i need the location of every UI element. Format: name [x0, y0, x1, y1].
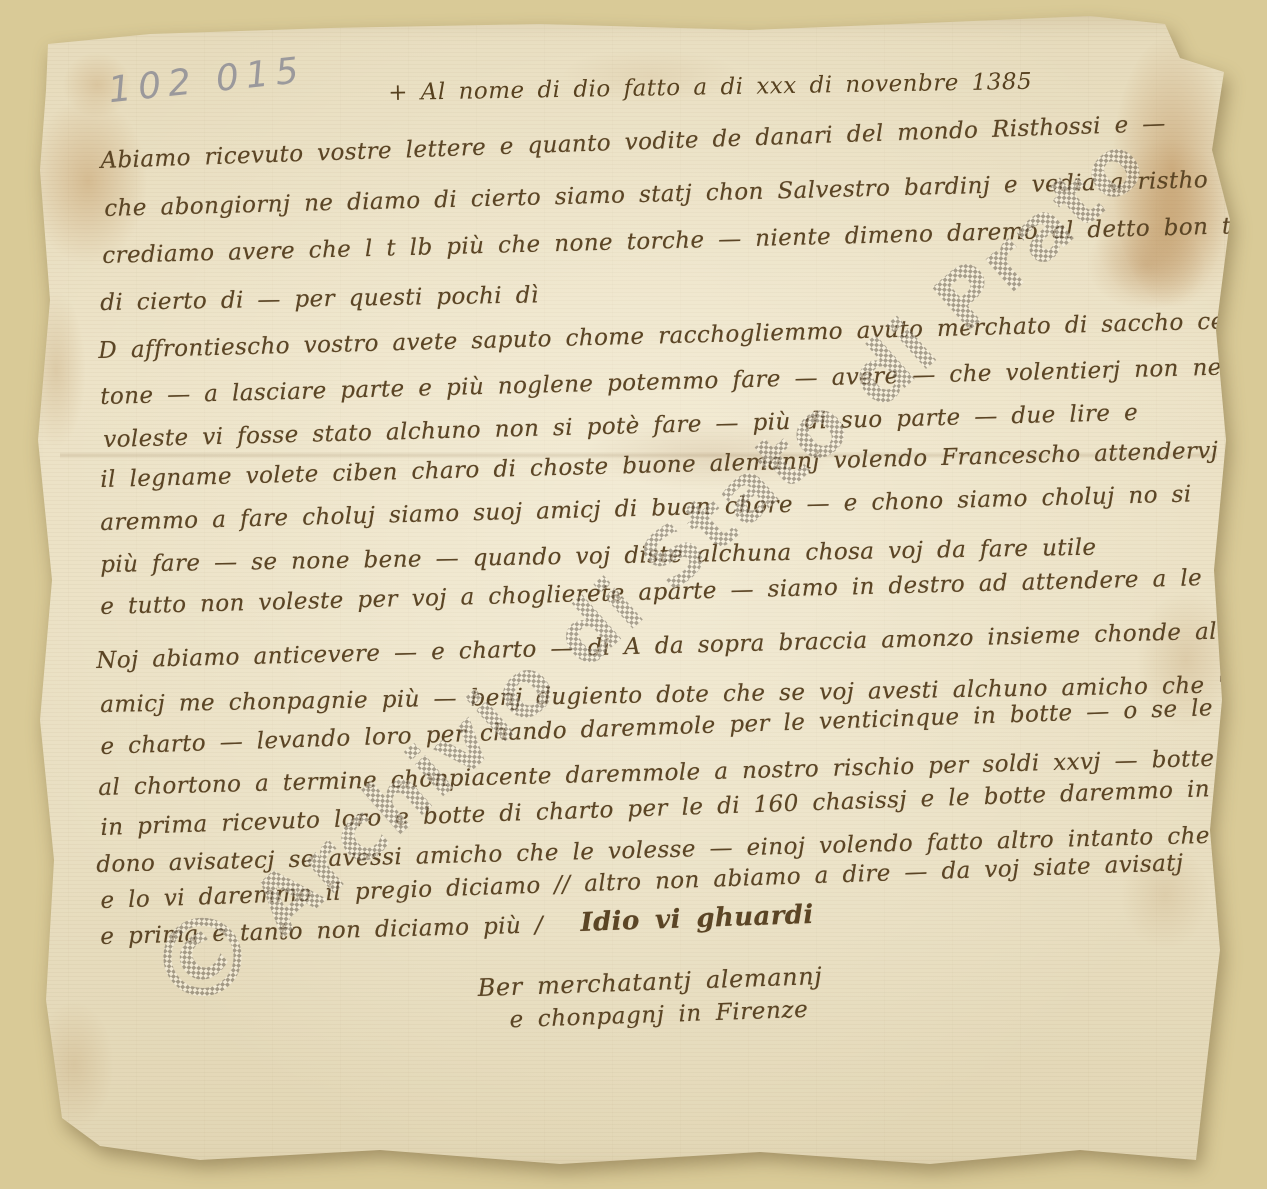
- manuscript-paper: 102 015 + Al nome di dio fatto a di xxx …: [0, 0, 1267, 1189]
- stain: [26, 290, 86, 450]
- screenshot-root: { "page": { "background_color": "#d9ca97…: [0, 0, 1267, 1189]
- pencil-archive-number: 102 015: [106, 50, 307, 111]
- manuscript-line: di cierto di — per questi pochi dì: [100, 282, 539, 316]
- manuscript-line: Noj abiamo anticevere — e charto — di A …: [96, 616, 1267, 674]
- manuscript-line: Abiamo ricevuto vostre lettere e quanto …: [100, 111, 1166, 174]
- manuscript-line: e prima e tanto non diciamo più /: [100, 912, 543, 950]
- manuscript-paper-wrap: 102 015 + Al nome di dio fatto a di xxx …: [0, 0, 1267, 1189]
- manuscript-line: crediamo avere che l t lb più che none t…: [102, 212, 1267, 269]
- signature-line: e chonpagnj in Firenze: [488, 996, 831, 1034]
- manuscript-line: D affrontiescho vostro avete saputo chom…: [98, 307, 1267, 364]
- manuscript-line: aremmo a fare choluj siamo suoj amicj di…: [100, 481, 1192, 536]
- stain: [34, 1000, 114, 1130]
- signature-line: Ber merchatantj alemannj: [470, 962, 831, 1003]
- manuscript-line: Idio vi ghuardi: [580, 900, 814, 938]
- stain: [28, 96, 148, 266]
- manuscript-line: che abongiornj ne diamo di cierto siamo …: [104, 166, 1242, 222]
- heading-line: + Al nome di dio fatto a di xxx di noven…: [388, 69, 1032, 106]
- signature-block: Ber merchatantj alemannj e chonpagnj in …: [470, 968, 830, 1028]
